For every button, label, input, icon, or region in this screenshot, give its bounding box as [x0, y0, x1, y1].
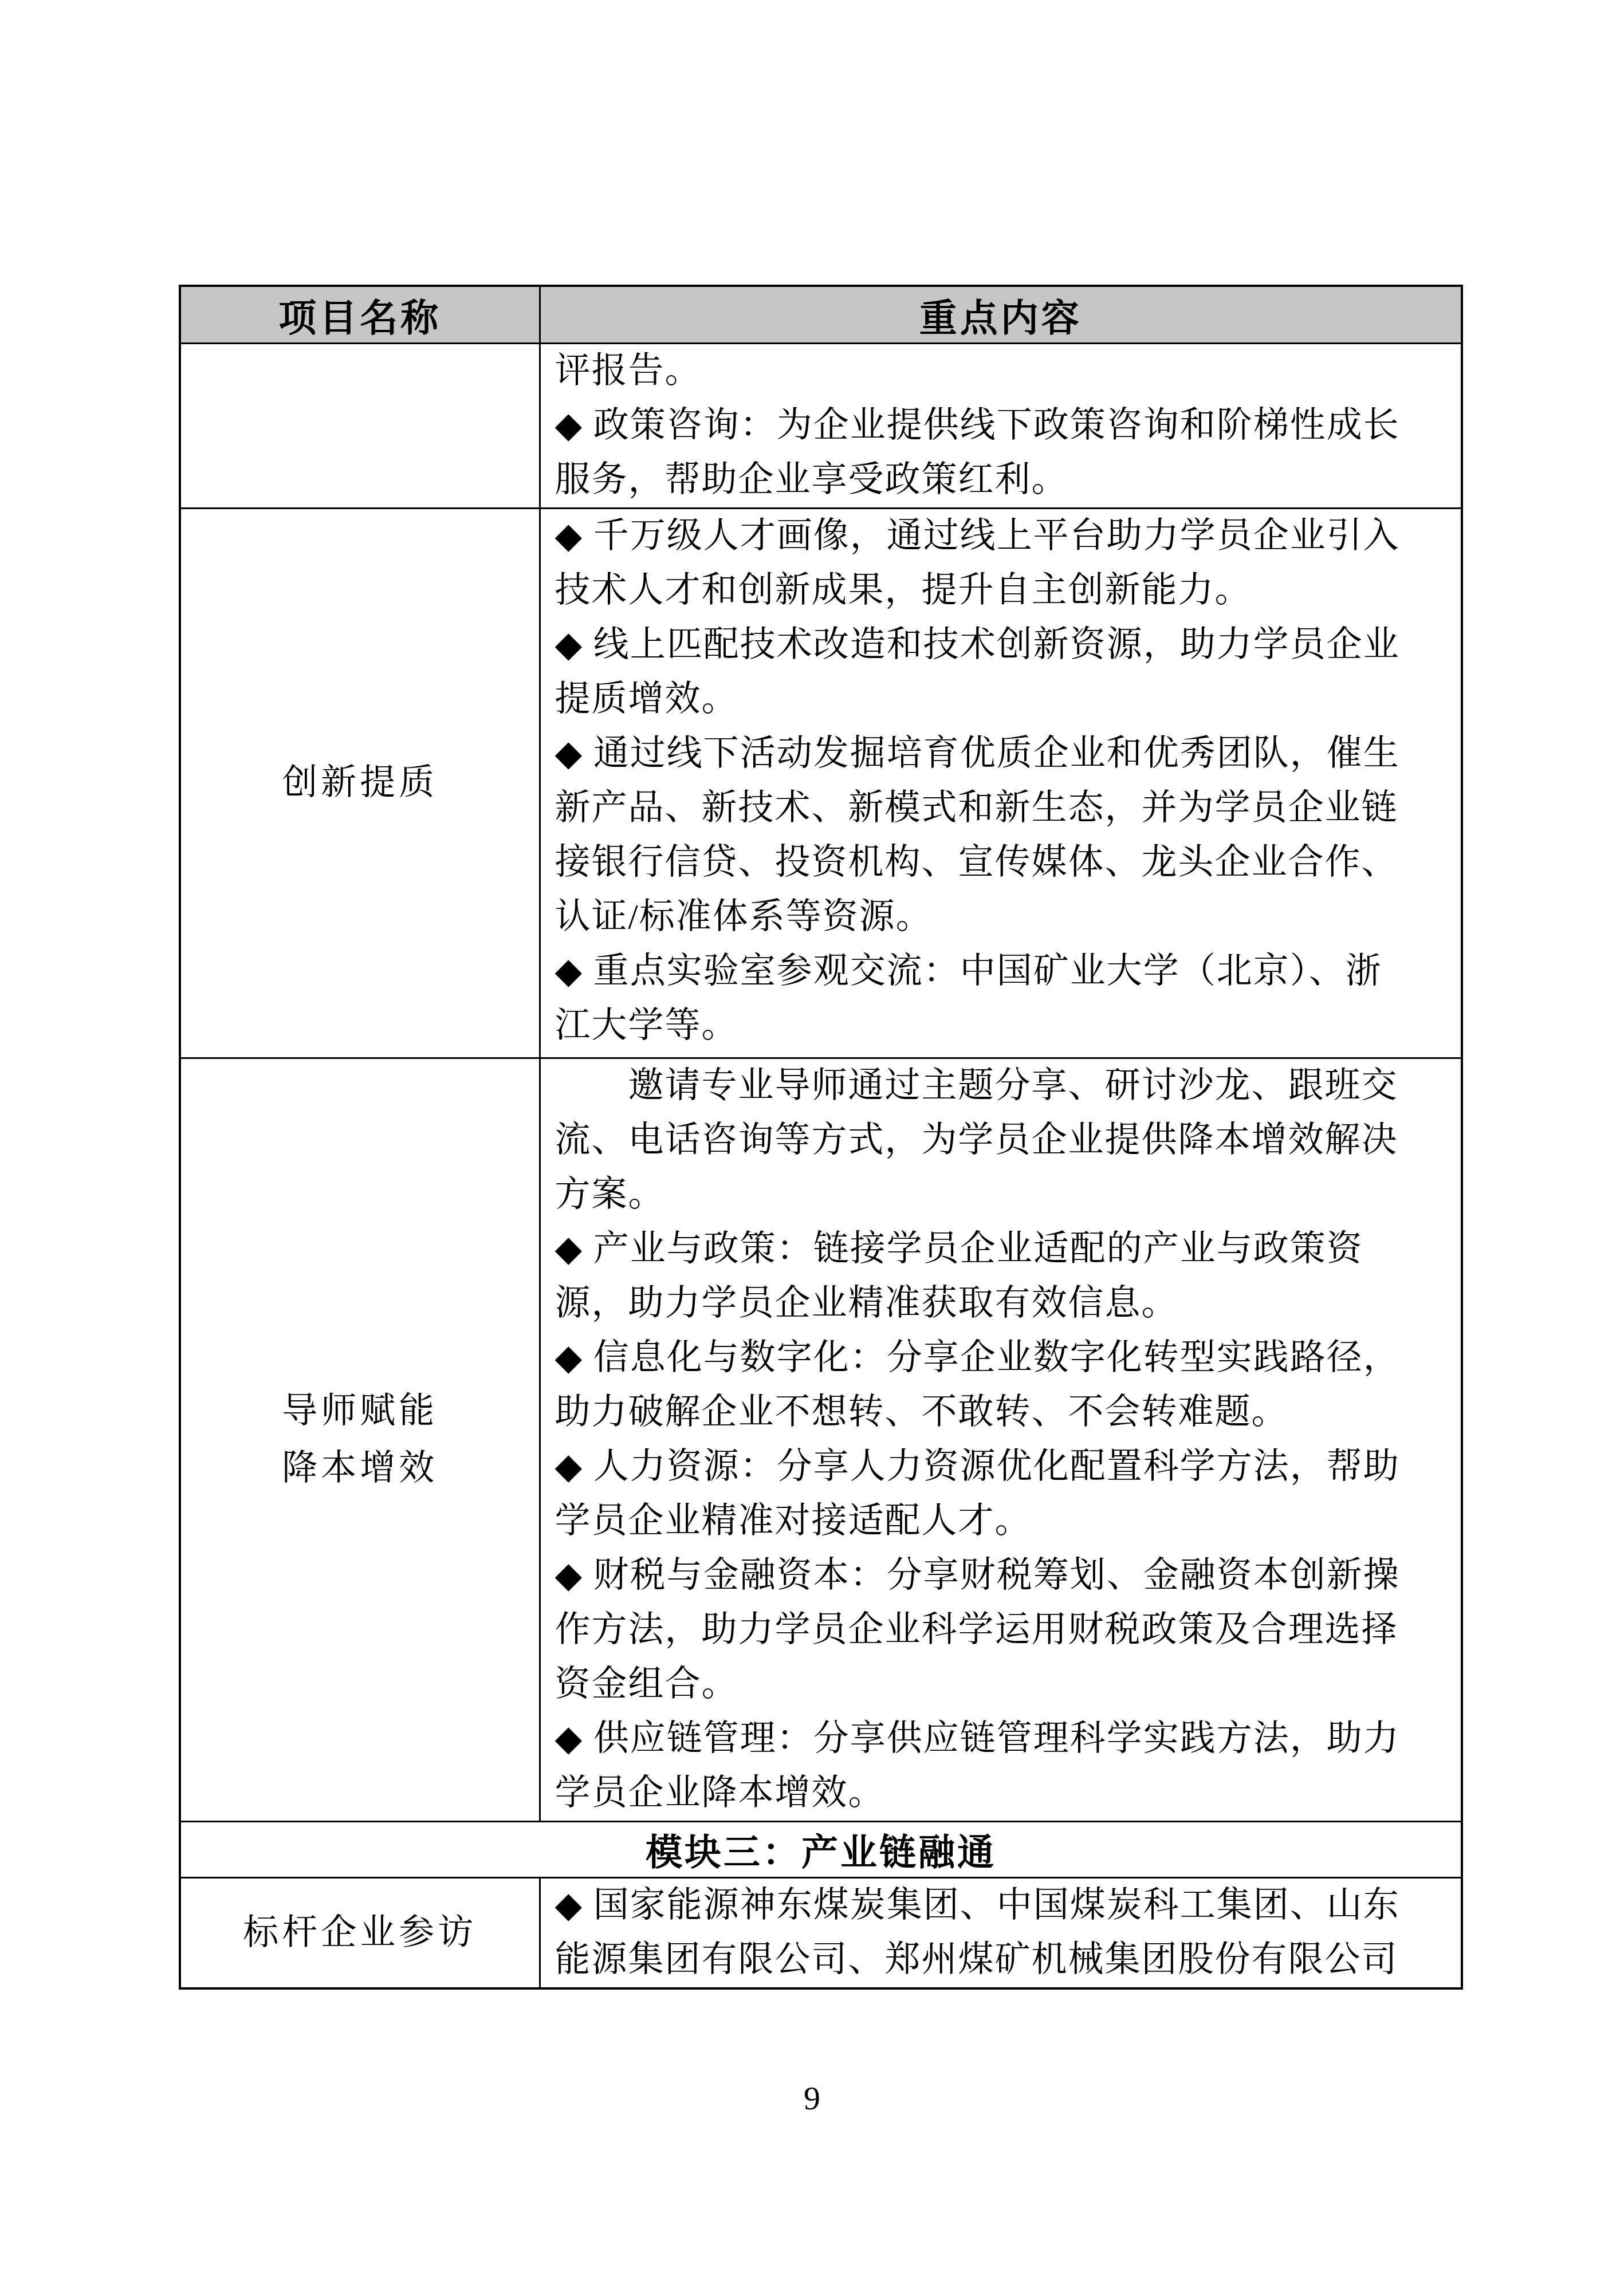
table-row: 导师赋能 降本增效 邀请专业导师通过主题分享、研讨沙龙、跟班交 流、电话咨询等方…	[180, 1058, 1462, 1821]
document-page: 项目名称 重点内容 评报告。 ◆ 政策咨询：为企业提供线下政策咨询和阶梯性成长 …	[0, 0, 1624, 2296]
row2-label-innovation: 创新提质	[180, 508, 540, 1058]
row3-label-mentor: 导师赋能 降本增效	[180, 1058, 540, 1821]
row2-content-text: ◆ 千万级人才画像，通过线上平台助力学员企业引入 技术人才和创新成果，提升自主创…	[541, 509, 1461, 1053]
header-project-name: 项目名称	[180, 286, 540, 343]
row1-label-empty	[180, 343, 540, 508]
row2-content-cell: ◆ 千万级人才画像，通过线上平台助力学员企业引入 技术人才和创新成果，提升自主创…	[540, 508, 1462, 1058]
row4-content-cell: ◆ 国家能源神东煤炭集团、中国煤炭科工集团、山东 能源集团有限公司、郑州煤矿机械…	[540, 1877, 1462, 1988]
row4-label-benchmark-visit: 标杆企业参访	[180, 1877, 540, 1988]
program-table: 项目名称 重点内容 评报告。 ◆ 政策咨询：为企业提供线下政策咨询和阶梯性成长 …	[179, 285, 1463, 1990]
row4-content-text: ◆ 国家能源神东煤炭集团、中国煤炭科工集团、山东 能源集团有限公司、郑州煤矿机械…	[541, 1878, 1461, 1987]
module-title-row: 模块三：产业链融通	[180, 1821, 1462, 1877]
table-row: 创新提质 ◆ 千万级人才画像，通过线上平台助力学员企业引入 技术人才和创新成果，…	[180, 508, 1462, 1058]
row3-content-text: 邀请专业导师通过主题分享、研讨沙龙、跟班交 流、电话咨询等方式，为学员企业提供降…	[541, 1059, 1461, 1821]
row1-content-cell: 评报告。 ◆ 政策咨询：为企业提供线下政策咨询和阶梯性成长 服务，帮助企业享受政…	[540, 343, 1462, 508]
table-row: 标杆企业参访 ◆ 国家能源神东煤炭集团、中国煤炭科工集团、山东 能源集团有限公司…	[180, 1877, 1462, 1988]
row1-content-text: 评报告。 ◆ 政策咨询：为企业提供线下政策咨询和阶梯性成长 服务，帮助企业享受政…	[541, 344, 1461, 507]
table-row: 评报告。 ◆ 政策咨询：为企业提供线下政策咨询和阶梯性成长 服务，帮助企业享受政…	[180, 343, 1462, 508]
header-key-content: 重点内容	[540, 286, 1462, 343]
page-number: 9	[0, 2078, 1624, 2119]
row3-content-cell: 邀请专业导师通过主题分享、研讨沙龙、跟班交 流、电话咨询等方式，为学员企业提供降…	[540, 1058, 1462, 1821]
module-three-title: 模块三：产业链融通	[180, 1821, 1462, 1877]
table-header-row: 项目名称 重点内容	[180, 286, 1462, 343]
